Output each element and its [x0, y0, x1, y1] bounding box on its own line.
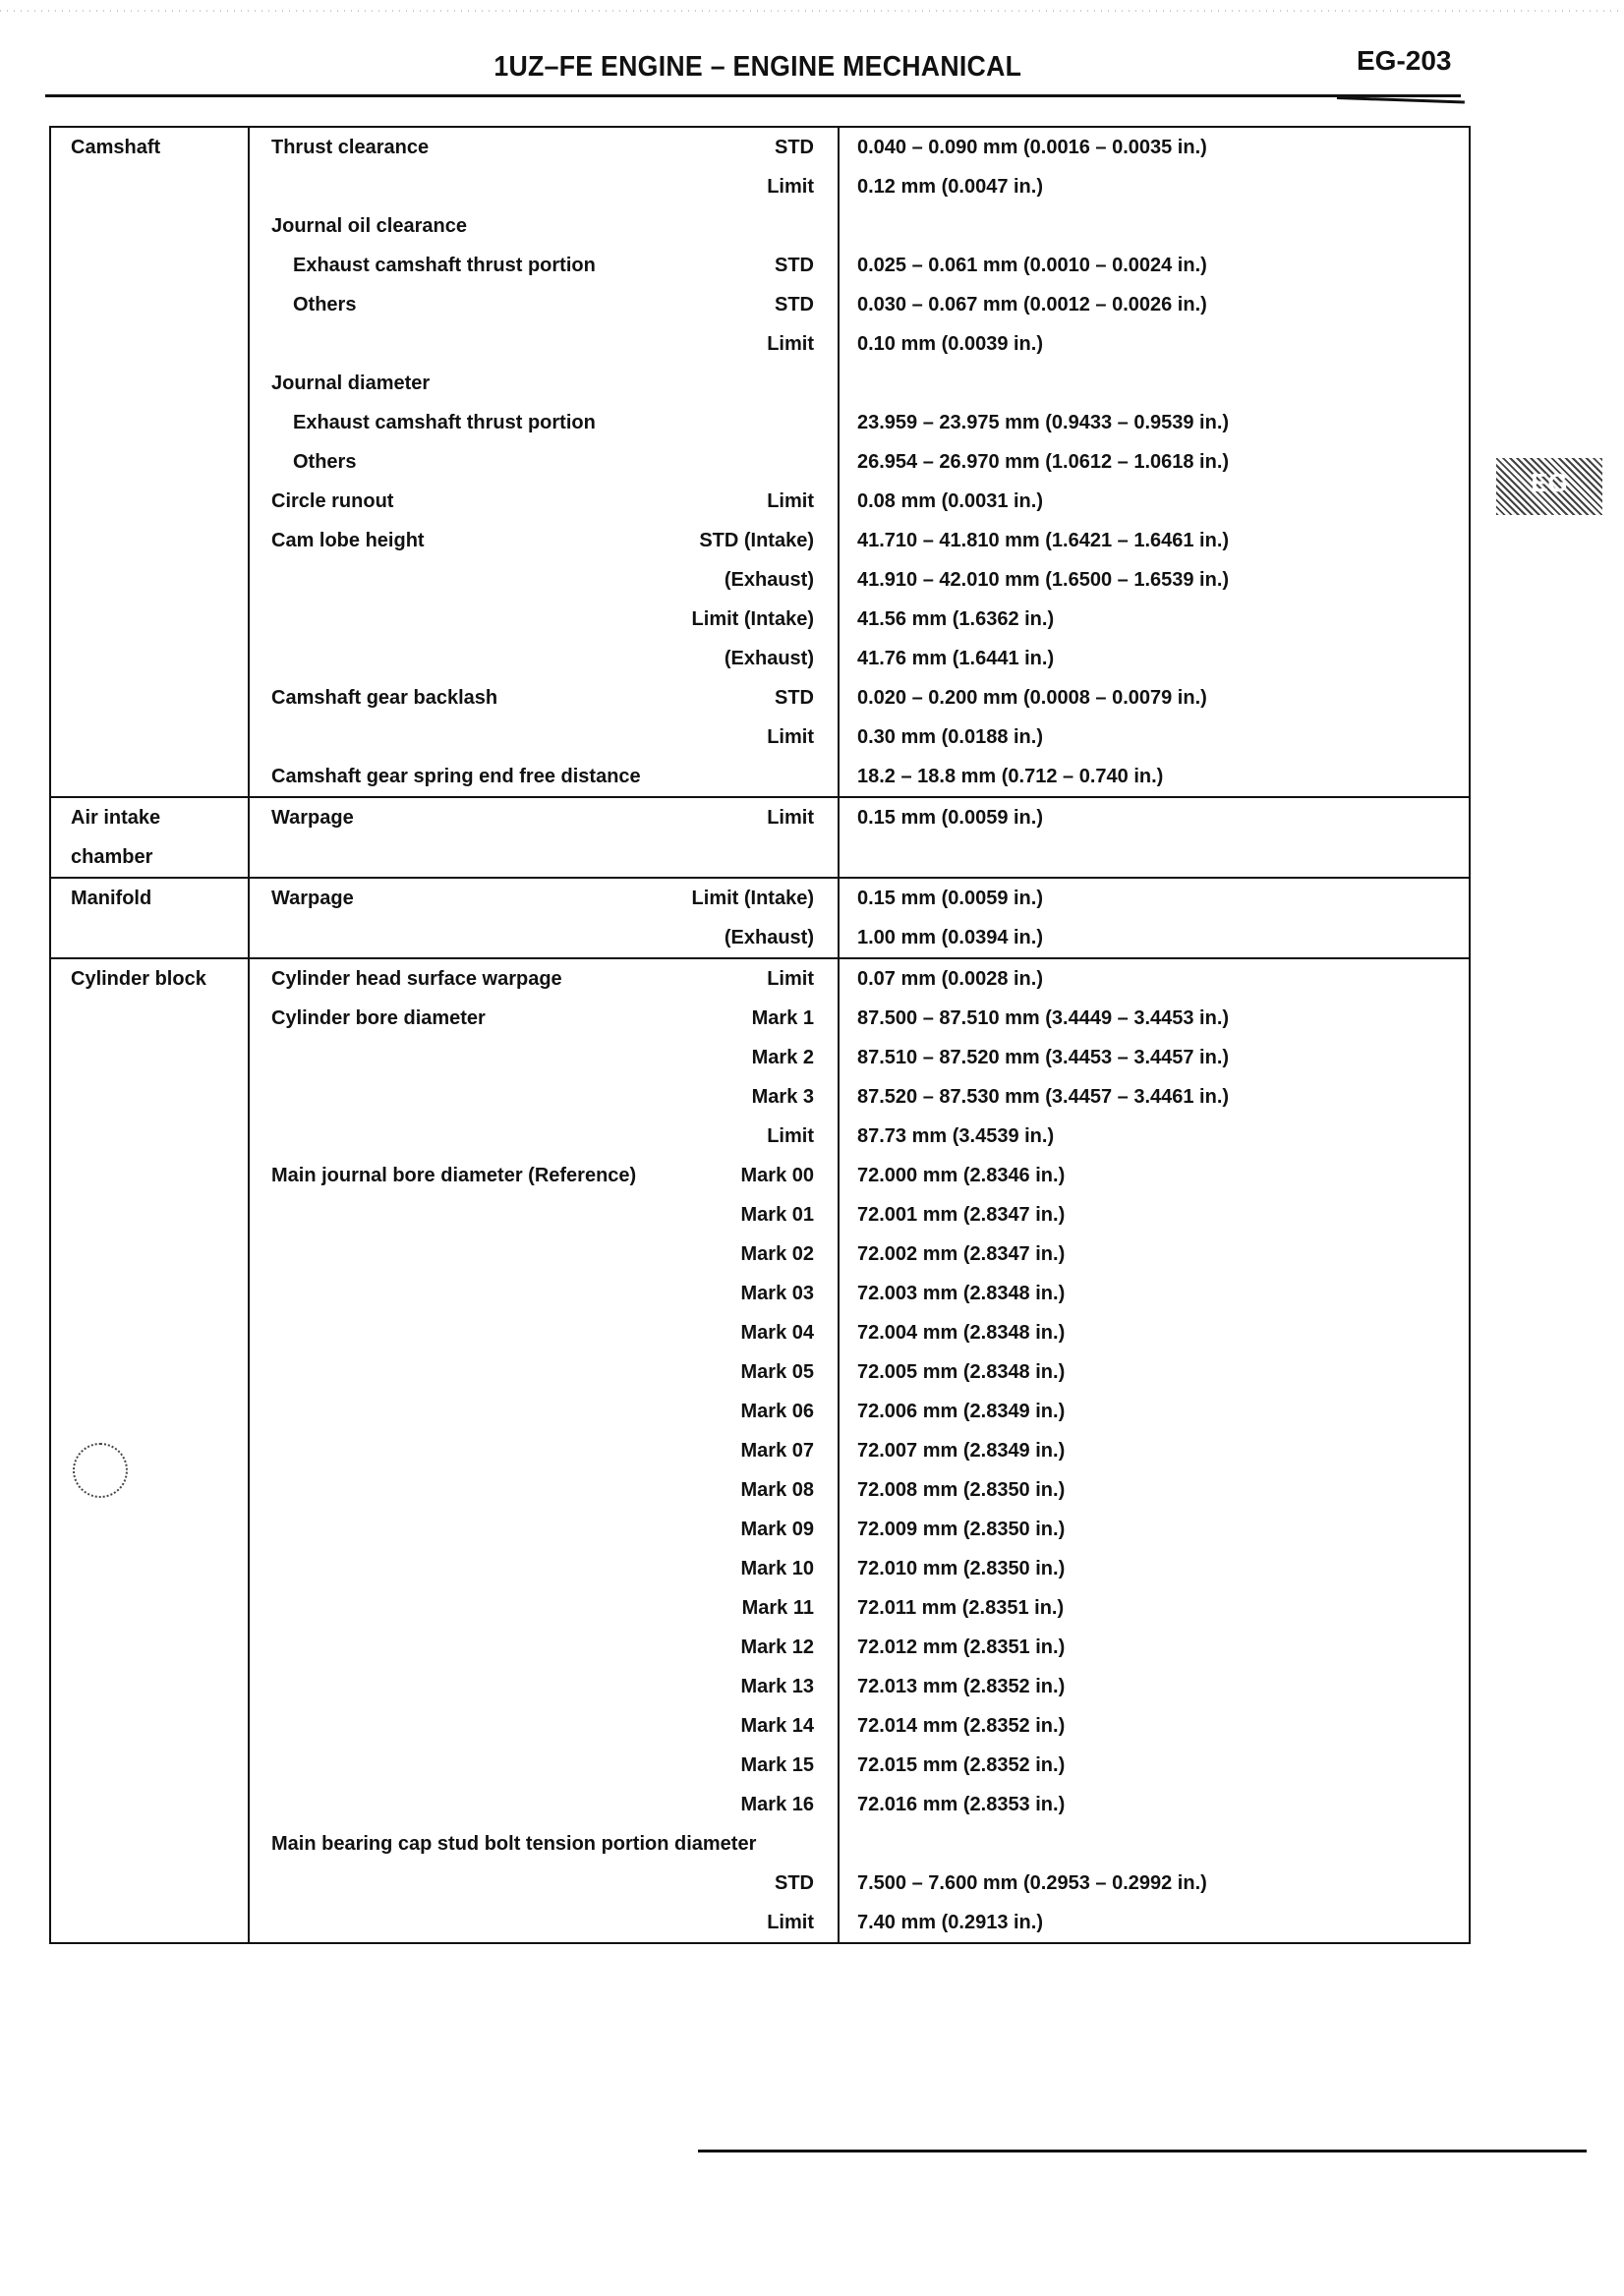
table-row: Mark 05	[271, 1352, 814, 1392]
qualifier-label: Mark 10	[741, 1549, 815, 1588]
spec-value: 87.520 – 87.530 mm (3.4457 – 3.4461 in.)	[857, 1077, 1469, 1117]
value-cell: 0.15 mm (0.0059 in.)	[840, 798, 1469, 877]
qualifier-label: Mark 06	[741, 1392, 815, 1431]
table-row: Mark 04	[271, 1313, 814, 1352]
table-row: Others	[271, 442, 814, 482]
table-row: (Exhaust)	[271, 918, 814, 957]
table-row: (Exhaust)	[271, 639, 814, 678]
spec-value: 7.500 – 7.600 mm (0.2953 – 0.2992 in.)	[857, 1864, 1469, 1903]
qualifier-label: Mark 1	[752, 999, 814, 1038]
table-row: Circle runoutLimit	[271, 482, 814, 521]
item-cell: Cylinder head surface warpageLimitCylind…	[250, 959, 840, 1942]
table-row: Mark 01	[271, 1195, 814, 1234]
table-row: Limit	[271, 1903, 814, 1942]
spec-value: 72.014 mm (2.8352 in.)	[857, 1706, 1469, 1746]
qualifier-label: Limit	[767, 1117, 814, 1156]
table-row: Exhaust camshaft thrust portion	[271, 403, 814, 442]
qualifier-label: STD	[775, 246, 814, 285]
table-row: Mark 03	[271, 1274, 814, 1313]
spec-value	[857, 1824, 1469, 1864]
qualifier-label: Limit	[767, 324, 814, 364]
table-row: WarpageLimit (Intake)	[271, 879, 814, 918]
footer-divider	[698, 2150, 1587, 2152]
qualifier-label: STD (Intake)	[699, 521, 814, 560]
item-label: Others	[271, 442, 356, 482]
component-label: Camshaft	[71, 128, 248, 167]
spec-value: 72.009 mm (2.8350 in.)	[857, 1510, 1469, 1549]
table-row: Cylinder head surface warpageLimit	[271, 959, 814, 999]
spec-value: 72.003 mm (2.8348 in.)	[857, 1274, 1469, 1313]
qualifier-label: Mark 15	[741, 1746, 815, 1785]
spec-value: 0.07 mm (0.0028 in.)	[857, 959, 1469, 999]
qualifier-label: STD	[775, 285, 814, 324]
spec-value: 1.00 mm (0.0394 in.)	[857, 918, 1469, 957]
table-row: Mark 2	[271, 1038, 814, 1077]
qualifier-label: Mark 07	[741, 1431, 815, 1470]
item-label: Warpage	[271, 879, 354, 918]
table-row: Limit	[271, 1117, 814, 1156]
qualifier-label: Limit (Intake)	[692, 600, 814, 639]
qualifier-label: Limit	[767, 167, 814, 206]
spec-value	[857, 364, 1469, 403]
table-row: Mark 13	[271, 1667, 814, 1706]
qualifier-label: Limit (Intake)	[692, 879, 814, 918]
qualifier-label: Mark 09	[741, 1510, 815, 1549]
table-row: Limit	[271, 167, 814, 206]
spec-value: 87.500 – 87.510 mm (3.4449 – 3.4453 in.)	[857, 999, 1469, 1038]
item-label: Camshaft gear spring end free distance	[271, 757, 641, 796]
page-number: EG-203	[1357, 45, 1452, 77]
spec-value: 72.008 mm (2.8350 in.)	[857, 1470, 1469, 1510]
item-label: Thrust clearance	[271, 128, 429, 167]
qualifier-label: Mark 16	[741, 1785, 815, 1824]
item-label: Circle runout	[271, 482, 393, 521]
header-divider	[45, 94, 1461, 97]
table-row: Journal diameter	[271, 364, 814, 403]
header-divider-tail	[1337, 96, 1465, 104]
spec-value: 72.004 mm (2.8348 in.)	[857, 1313, 1469, 1352]
punch-hole-mark	[73, 1443, 128, 1498]
table-row: Mark 15	[271, 1746, 814, 1785]
qualifier-label: Mark 11	[742, 1588, 814, 1628]
component-label: chamber	[71, 837, 248, 877]
component-cell: Manifold	[51, 879, 250, 957]
spec-value: 72.016 mm (2.8353 in.)	[857, 1785, 1469, 1824]
spec-value: 0.030 – 0.067 mm (0.0012 – 0.0026 in.)	[857, 285, 1469, 324]
qualifier-label: Limit	[767, 1903, 814, 1942]
qualifier-label: Limit	[767, 959, 814, 999]
spec-value: 41.76 mm (1.6441 in.)	[857, 639, 1469, 678]
spec-value: 72.007 mm (2.8349 in.)	[857, 1431, 1469, 1470]
spec-value: 0.020 – 0.200 mm (0.0008 – 0.0079 in.)	[857, 678, 1469, 717]
table-row: Cam lobe heightSTD (Intake)	[271, 521, 814, 560]
table-row: Mark 11	[271, 1588, 814, 1628]
qualifier-label: (Exhaust)	[725, 918, 814, 957]
qualifier-label: STD	[775, 1864, 814, 1903]
spec-value: 41.710 – 41.810 mm (1.6421 – 1.6461 in.)	[857, 521, 1469, 560]
spec-value: 72.010 mm (2.8350 in.)	[857, 1549, 1469, 1588]
item-label: Cylinder bore diameter	[271, 999, 486, 1038]
spec-value: 0.12 mm (0.0047 in.)	[857, 167, 1469, 206]
qualifier-label: Mark 13	[741, 1667, 815, 1706]
value-cell: 0.07 mm (0.0028 in.)87.500 – 87.510 mm (…	[840, 959, 1469, 1942]
qualifier-label: Mark 01	[741, 1195, 815, 1234]
spec-value: 0.15 mm (0.0059 in.)	[857, 879, 1469, 918]
table-row: Mark 02	[271, 1234, 814, 1274]
item-label: Cam lobe height	[271, 521, 425, 560]
table-row: WarpageLimit	[271, 798, 814, 837]
spec-section: CamshaftThrust clearanceSTDLimitJournal …	[51, 128, 1469, 796]
table-row: OthersSTD	[271, 285, 814, 324]
table-row: Thrust clearanceSTD	[271, 128, 814, 167]
spec-value: 0.08 mm (0.0031 in.)	[857, 482, 1469, 521]
qualifier-label: Mark 03	[741, 1274, 815, 1313]
spec-value	[857, 837, 1469, 877]
qualifier-label: STD	[775, 128, 814, 167]
spec-value: 72.002 mm (2.8347 in.)	[857, 1234, 1469, 1274]
qualifier-label: (Exhaust)	[725, 560, 814, 600]
item-label: Exhaust camshaft thrust portion	[271, 246, 596, 285]
spec-value: 0.30 mm (0.0188 in.)	[857, 717, 1469, 757]
component-label: Manifold	[71, 879, 248, 918]
value-cell: 0.040 – 0.090 mm (0.0016 – 0.0035 in.)0.…	[840, 128, 1469, 796]
table-row: Journal oil clearance	[271, 206, 814, 246]
spec-value: 0.025 – 0.061 mm (0.0010 – 0.0024 in.)	[857, 246, 1469, 285]
table-row: Exhaust camshaft thrust portionSTD	[271, 246, 814, 285]
item-label: Journal oil clearance	[271, 206, 467, 246]
spec-value: 72.011 mm (2.8351 in.)	[857, 1588, 1469, 1628]
spec-value: 87.510 – 87.520 mm (3.4453 – 3.4457 in.)	[857, 1038, 1469, 1077]
table-row: Mark 3	[271, 1077, 814, 1117]
item-label: Journal diameter	[271, 364, 430, 403]
page-title: 1UZ–FE ENGINE – ENGINE MECHANICAL	[61, 51, 1454, 84]
qualifier-label: (Exhaust)	[725, 639, 814, 678]
qualifier-label: Mark 02	[741, 1234, 815, 1274]
table-row: Main journal bore diameter (Reference)Ma…	[271, 1156, 814, 1195]
spec-value: 23.959 – 23.975 mm (0.9433 – 0.9539 in.)	[857, 403, 1469, 442]
table-row: Mark 09	[271, 1510, 814, 1549]
table-row: Limit	[271, 717, 814, 757]
item-label: Cylinder head surface warpage	[271, 959, 562, 999]
item-label: Main journal bore diameter (Reference)	[271, 1156, 636, 1195]
qualifier-label: Mark 3	[752, 1077, 814, 1117]
qualifier-label: Mark 05	[741, 1352, 815, 1392]
scan-noise	[0, 10, 1624, 12]
section-tab-marker: EG	[1496, 458, 1602, 515]
table-row: Camshaft gear spring end free distance	[271, 757, 814, 796]
spec-value: 41.56 mm (1.6362 in.)	[857, 600, 1469, 639]
qualifier-label: Mark 12	[741, 1628, 815, 1667]
spec-value: 0.10 mm (0.0039 in.)	[857, 324, 1469, 364]
table-row: Mark 10	[271, 1549, 814, 1588]
item-cell: Thrust clearanceSTDLimitJournal oil clea…	[250, 128, 840, 796]
qualifier-label: Limit	[767, 482, 814, 521]
qualifier-label: Mark 08	[741, 1470, 815, 1510]
spec-value	[857, 206, 1469, 246]
qualifier-label: STD	[775, 678, 814, 717]
table-row: Limit	[271, 324, 814, 364]
spec-value: 72.013 mm (2.8352 in.)	[857, 1667, 1469, 1706]
item-cell: WarpageLimit	[250, 798, 840, 877]
table-row: Mark 06	[271, 1392, 814, 1431]
table-row: Mark 16	[271, 1785, 814, 1824]
item-label: Warpage	[271, 798, 354, 837]
qualifier-label: Mark 00	[741, 1156, 815, 1195]
component-cell: Air intakechamber	[51, 798, 250, 877]
spec-value: 0.15 mm (0.0059 in.)	[857, 798, 1469, 837]
component-label: Cylinder block	[71, 959, 248, 999]
qualifier-label: Mark 04	[741, 1313, 815, 1352]
spec-value: 72.006 mm (2.8349 in.)	[857, 1392, 1469, 1431]
item-label: Others	[271, 285, 356, 324]
component-label: Air intake	[71, 798, 248, 837]
spec-value: 72.005 mm (2.8348 in.)	[857, 1352, 1469, 1392]
component-cell: Camshaft	[51, 128, 250, 796]
item-label: Exhaust camshaft thrust portion	[271, 403, 596, 442]
table-row: Limit (Intake)	[271, 600, 814, 639]
value-cell: 0.15 mm (0.0059 in.)1.00 mm (0.0394 in.)	[840, 879, 1469, 957]
item-label: Camshaft gear backlash	[271, 678, 497, 717]
spec-value: 0.040 – 0.090 mm (0.0016 – 0.0035 in.)	[857, 128, 1469, 167]
spec-value: 72.001 mm (2.8347 in.)	[857, 1195, 1469, 1234]
qualifier-label: Limit	[767, 798, 814, 837]
item-label: Main bearing cap stud bolt tension porti…	[271, 1824, 756, 1864]
table-row: Mark 08	[271, 1470, 814, 1510]
spec-value: 87.73 mm (3.4539 in.)	[857, 1117, 1469, 1156]
table-row: Cylinder bore diameterMark 1	[271, 999, 814, 1038]
spec-value: 26.954 – 26.970 mm (1.0612 – 1.0618 in.)	[857, 442, 1469, 482]
specification-table: CamshaftThrust clearanceSTDLimitJournal …	[49, 126, 1471, 1944]
table-row	[271, 837, 814, 877]
spec-value: 41.910 – 42.010 mm (1.6500 – 1.6539 in.)	[857, 560, 1469, 600]
qualifier-label: Limit	[767, 717, 814, 757]
spec-section: Air intakechamberWarpageLimit0.15 mm (0.…	[51, 796, 1469, 877]
spec-section: ManifoldWarpageLimit (Intake)(Exhaust)0.…	[51, 877, 1469, 957]
spec-section: Cylinder blockCylinder head surface warp…	[51, 957, 1469, 1942]
table-row: Main bearing cap stud bolt tension porti…	[271, 1824, 814, 1864]
table-row: Mark 12	[271, 1628, 814, 1667]
qualifier-label: Mark 2	[752, 1038, 814, 1077]
qualifier-label: Mark 14	[741, 1706, 815, 1746]
spec-value: 72.015 mm (2.8352 in.)	[857, 1746, 1469, 1785]
table-row: Mark 07	[271, 1431, 814, 1470]
item-cell: WarpageLimit (Intake)(Exhaust)	[250, 879, 840, 957]
spec-value: 7.40 mm (0.2913 in.)	[857, 1903, 1469, 1942]
table-row: Camshaft gear backlashSTD	[271, 678, 814, 717]
table-row: STD	[271, 1864, 814, 1903]
table-row: (Exhaust)	[271, 560, 814, 600]
spec-value: 72.000 mm (2.8346 in.)	[857, 1156, 1469, 1195]
table-row: Mark 14	[271, 1706, 814, 1746]
spec-value: 18.2 – 18.8 mm (0.712 – 0.740 in.)	[857, 757, 1469, 796]
spec-value: 72.012 mm (2.8351 in.)	[857, 1628, 1469, 1667]
